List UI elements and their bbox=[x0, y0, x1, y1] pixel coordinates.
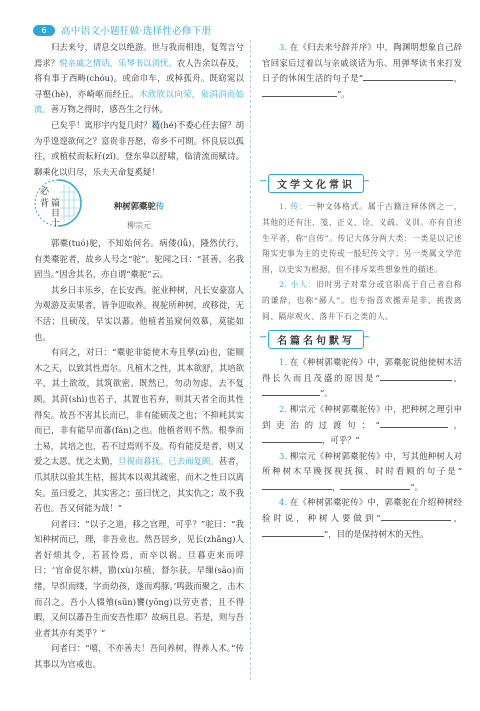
knowledge-text: 一种文体格式。属于古籍注释体例之一，其他的还有注、笺、正义、诠、义疏、义训。亦有… bbox=[262, 202, 462, 273]
page-number-badge: 6 bbox=[33, 25, 55, 36]
excerpt-guiqulai: 归去来兮，请息交以绝游。世与我而相违，复驾言兮焉求？悦亲戚之情话，乐琴书以消忧。… bbox=[34, 40, 244, 180]
title-text: 种树郭橐驼 bbox=[114, 201, 156, 211]
text: ”。 bbox=[337, 89, 350, 99]
answer-blank[interactable] bbox=[363, 72, 433, 81]
svg-text:必: 必 bbox=[40, 186, 50, 197]
highlight-sentence: 旦视而暮抚，已去而复顾。 bbox=[118, 456, 219, 466]
knowledge-item: 2. 小人：旧时男子对辈分或官职高于自己者自称的谦辞，也称“鄙人”。也专指喜欢搬… bbox=[262, 277, 462, 324]
title-accent: 传 bbox=[156, 201, 164, 211]
excerpt-paragraph-2: 已矣乎！寓形宇内复几时？曷(hé)不委心任去留？胡为乎遑遑欲何之？富贵非吾愿，帝… bbox=[34, 118, 244, 180]
text: ”。 bbox=[410, 482, 423, 492]
essay-paragraph-1: 郭橐(tuó)驼，不知始何名。病偻(lǚ)，隆然伏行，有类橐驼者，故乡人号之“驼… bbox=[34, 236, 244, 283]
question-number: 3. bbox=[279, 42, 287, 52]
dictation-list: 1. 在《种树郭橐驼传》中，郭橐驼说他使树木活得长久而且茂盛的原因是“，”。 2… bbox=[262, 355, 462, 542]
answer-blank[interactable] bbox=[262, 88, 337, 97]
answer-blank[interactable] bbox=[380, 372, 452, 381]
highlighted-char: 曷 bbox=[152, 120, 160, 130]
dictation-question: 3. 柳宗元《种树郭橐驼传》中，写其他种树人对所种树木早晚探视抚摸、时时看顾的句… bbox=[262, 449, 462, 496]
essay-paragraph-3: 有问之，对曰：“橐驼非能使木寿且孳(zī)也，能顺木之天，以致其性焉尔。凡植木之… bbox=[34, 345, 244, 517]
text: ，可乎？” bbox=[322, 435, 360, 445]
knowledge-term: 1. 传： bbox=[279, 202, 308, 211]
answer-blank[interactable] bbox=[381, 512, 451, 521]
text: 善万物之得时，感吾生之行休。 bbox=[51, 104, 168, 114]
question-number: 2. bbox=[279, 404, 287, 414]
question-number: 1. bbox=[279, 357, 287, 367]
question-3-guiqulai: 3. 在《归去来兮辞并序》中，陶渊明想象自己辞官回家后过着以与亲戚谈话为乐、用弹… bbox=[262, 40, 462, 102]
answer-blank[interactable] bbox=[433, 72, 453, 81]
text: 已矣乎！寓形宇内复几时？ bbox=[51, 120, 152, 130]
answer-blank[interactable] bbox=[262, 481, 332, 490]
answer-blank[interactable] bbox=[380, 419, 448, 428]
dictation-question: 4. 在《种树郭橐驼传》中，郭橐驼在介绍种树经验时说，种树人要做到“，”，目的是… bbox=[262, 495, 462, 542]
dictation-question: 1. 在《种树郭橐驼传》中，郭橐驼说他使树木活得长久而且茂盛的原因是“，”。 bbox=[262, 355, 462, 402]
page-header: 6 高中语文小题狂做·选择性必修下册 bbox=[33, 23, 211, 37]
excerpt-paragraph-1: 归去来兮，请息交以绝游。世与我而相违，复驾言兮焉求？悦亲戚之情话，乐琴书以消忧。… bbox=[34, 40, 244, 118]
essay-paragraph-4: 问者曰：“以子之道，移之官理，可乎？”驼曰：“我知种树而已，理，非吾业也。然吾居… bbox=[34, 517, 244, 642]
question-number: 4. bbox=[279, 497, 287, 507]
dictation-question: 2. 柳宗元《种树郭橐驼传》中，把种树之理引申到吏治的过渡句：“，，可乎？” bbox=[262, 402, 462, 449]
column-divider bbox=[250, 40, 251, 680]
essay-paragraph-2: 其乡曰丰乐乡，在长安西。驼业种树，凡长安豪富人为观游及卖果者，皆争迎取养。视驼所… bbox=[34, 283, 244, 345]
essay-author: 柳宗元 bbox=[34, 220, 244, 231]
section-heading-dictation: 名篇名句默写 bbox=[268, 330, 364, 349]
text: ”，目的是保持树木的天性。 bbox=[324, 529, 429, 539]
essay-title: 种树郭橐驼传 bbox=[34, 200, 244, 212]
answer-blank[interactable] bbox=[340, 481, 410, 490]
essay-body: 郭橐(tuó)驼，不知始何名。病偻(lǚ)，隆然伏行，有类橐驼者，故乡人号之“驼… bbox=[34, 236, 244, 673]
question-text: 柳宗元《种树郭橐驼传》中，写其他种树人对所种树木早晚探视抚摸、时时看顾的句子是 bbox=[262, 451, 462, 477]
knowledge-term: 2. 小人： bbox=[279, 280, 316, 289]
highlight-sentence: 悦亲戚之情话，乐琴书以消忧。 bbox=[59, 58, 177, 68]
knowledge-item: 1. 传：一种文体格式。属于古籍注释体例之一，其他的还有注、笺、正义、诠、义疏、… bbox=[262, 199, 462, 277]
answer-blank[interactable] bbox=[262, 387, 320, 396]
right-column: 3. 在《归去来兮辞并序》中，陶渊明想象自己辞官回家后过着以与亲戚谈话为乐、用弹… bbox=[262, 40, 462, 542]
literary-knowledge-list: 1. 传：一种文体格式。属于古籍注释体例之一，其他的还有注、笺、正义、诠、义疏、… bbox=[262, 199, 462, 324]
section-heading-literary-knowledge: 文学文化常识 bbox=[268, 174, 364, 193]
answer-blank[interactable] bbox=[262, 434, 322, 443]
book-title: 高中语文小题狂做·选择性必修下册 bbox=[61, 23, 211, 37]
text: 有问之，对曰：“橐驼非能使木寿且孳(zī)也，能顺木之天，以致其性焉尔。凡植木之… bbox=[34, 347, 244, 466]
text: ”。 bbox=[320, 388, 333, 398]
question-number: 3. bbox=[279, 451, 287, 461]
essay-paragraph-5: 问者曰：“嘻，不亦善夫！吾问养树，得养人术。”传其事以为官戒也。 bbox=[34, 641, 244, 672]
answer-blank[interactable] bbox=[262, 528, 324, 537]
